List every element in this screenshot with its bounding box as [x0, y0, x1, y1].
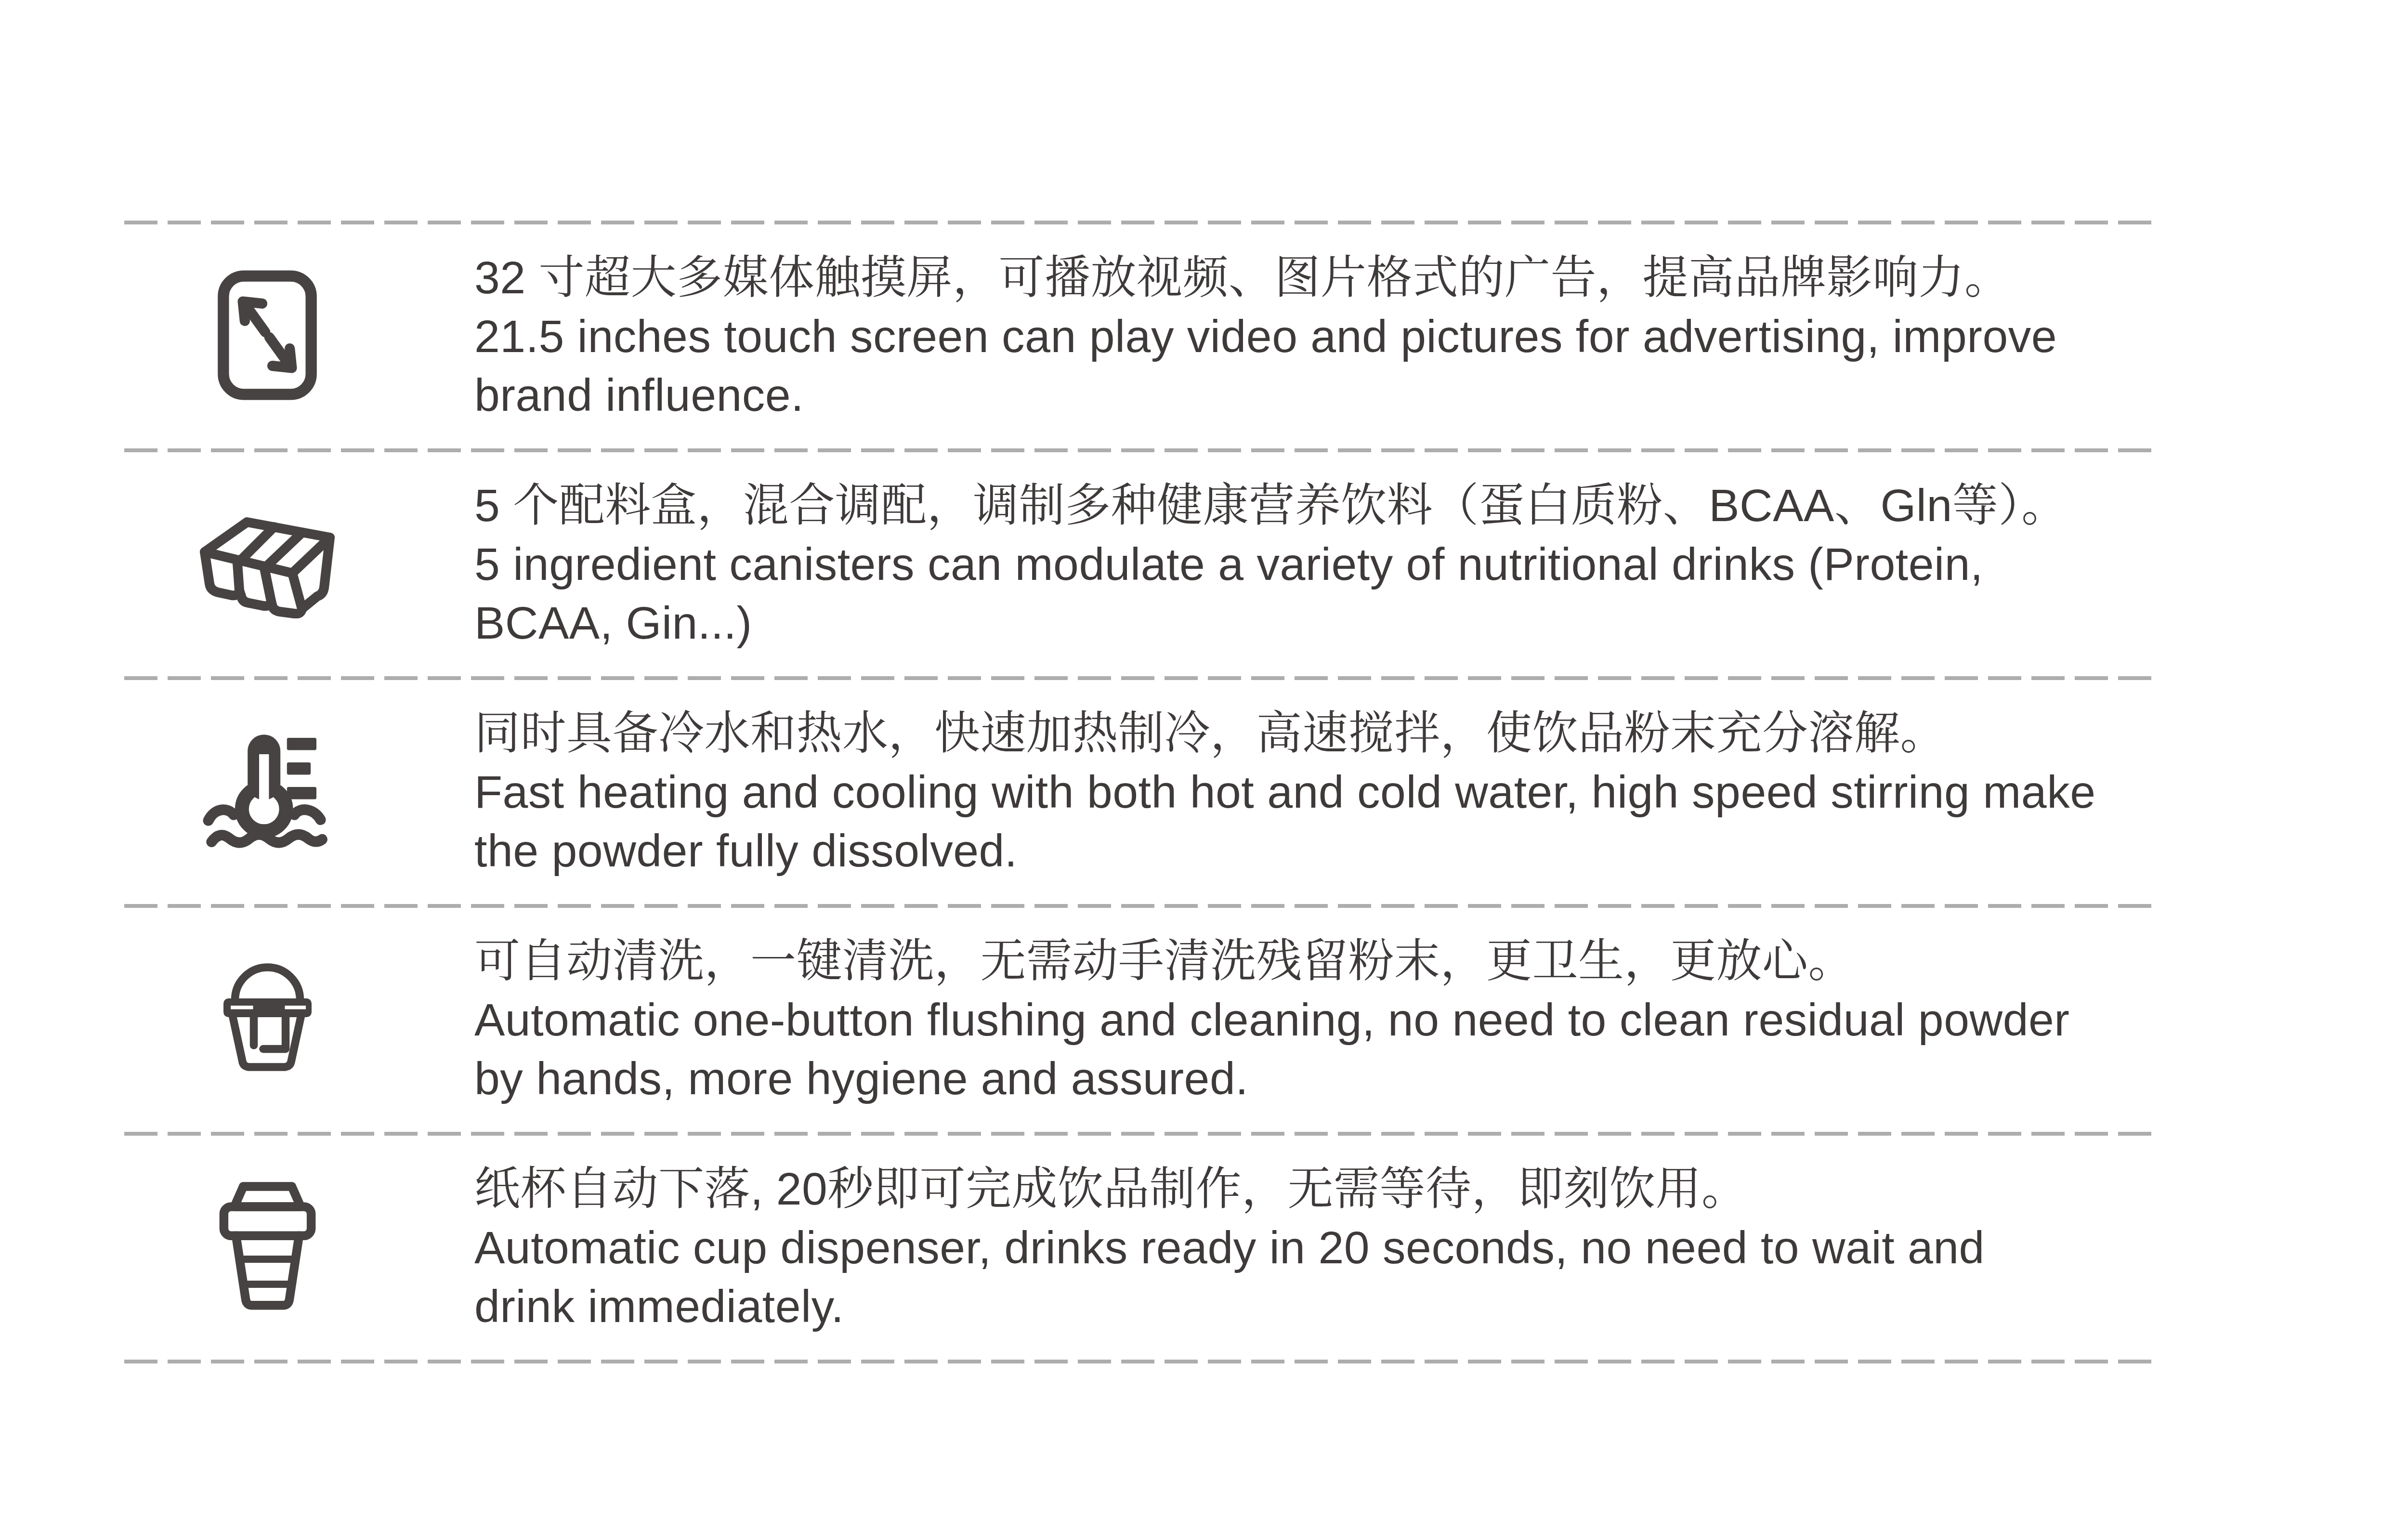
feature-text-en: 21.5 inches touch screen can play video …: [474, 307, 2382, 425]
ingredient-canisters-icon: [195, 508, 340, 621]
feature-text-en: Automatic one-button flushing and cleani…: [474, 991, 2382, 1108]
feature-row: 可自动清洗，一键清洗，无需动手清洗残留粉末，更卫生，更放心。 Automatic…: [124, 908, 2153, 1132]
feature-text-zh: 同时具备冷水和热水，快速加热制冷，高速搅拌，使饮品粉末充分溶解。: [474, 704, 2382, 763]
feature-text-en: 5 ingredient canisters can modulate a va…: [474, 535, 2382, 653]
divider: [124, 1132, 2153, 1136]
feature-list: 32 寸超大多媒体触摸屏，可播放视频、图片格式的广告，提高品牌影响力。 21.5…: [124, 221, 2153, 1363]
cleaning-bucket-icon: [213, 961, 322, 1079]
feature-row: 纸杯自动下落, 20秒即可完成饮品制作，无需等待，即刻饮用。 Automatic…: [124, 1136, 2153, 1360]
feature-text-zh: 5 个配料盒，混合调配，调制多种健康营养饮料（蛋白质粉、BCAA、Gln等）。: [474, 476, 2382, 535]
feature-row: 5 个配料盒，混合调配，调制多种健康营养饮料（蛋白质粉、BCAA、Gln等）。 …: [124, 452, 2153, 676]
touch-screen-size-icon: [216, 269, 318, 404]
feature-row: 同时具备冷水和热水，快速加热制冷，高速搅拌，使饮品粉末充分溶解。 Fast he…: [124, 680, 2153, 904]
feature-text-en: Fast heating and cooling with both hot a…: [474, 763, 2382, 880]
feature-text-zh: 32 寸超大多媒体触摸屏，可播放视频、图片格式的广告，提高品牌影响力。: [474, 249, 2382, 307]
feature-text-en: Automatic cup dispenser, drinks ready in…: [474, 1219, 2382, 1336]
divider: [124, 221, 2153, 224]
divider: [124, 448, 2153, 452]
water-temperature-icon: [202, 730, 333, 855]
paper-cup-icon: [211, 1180, 324, 1316]
feature-text-zh: 纸杯自动下落, 20秒即可完成饮品制作，无需等待，即刻饮用。: [474, 1160, 2382, 1219]
divider: [124, 904, 2153, 908]
divider: [124, 676, 2153, 680]
feature-text-zh: 可自动清洗，一键清洗，无需动手清洗残留粉末，更卫生，更放心。: [474, 932, 2382, 991]
feature-row: 32 寸超大多媒体触摸屏，可播放视频、图片格式的广告，提高品牌影响力。 21.5…: [124, 224, 2153, 448]
divider: [124, 1360, 2153, 1363]
